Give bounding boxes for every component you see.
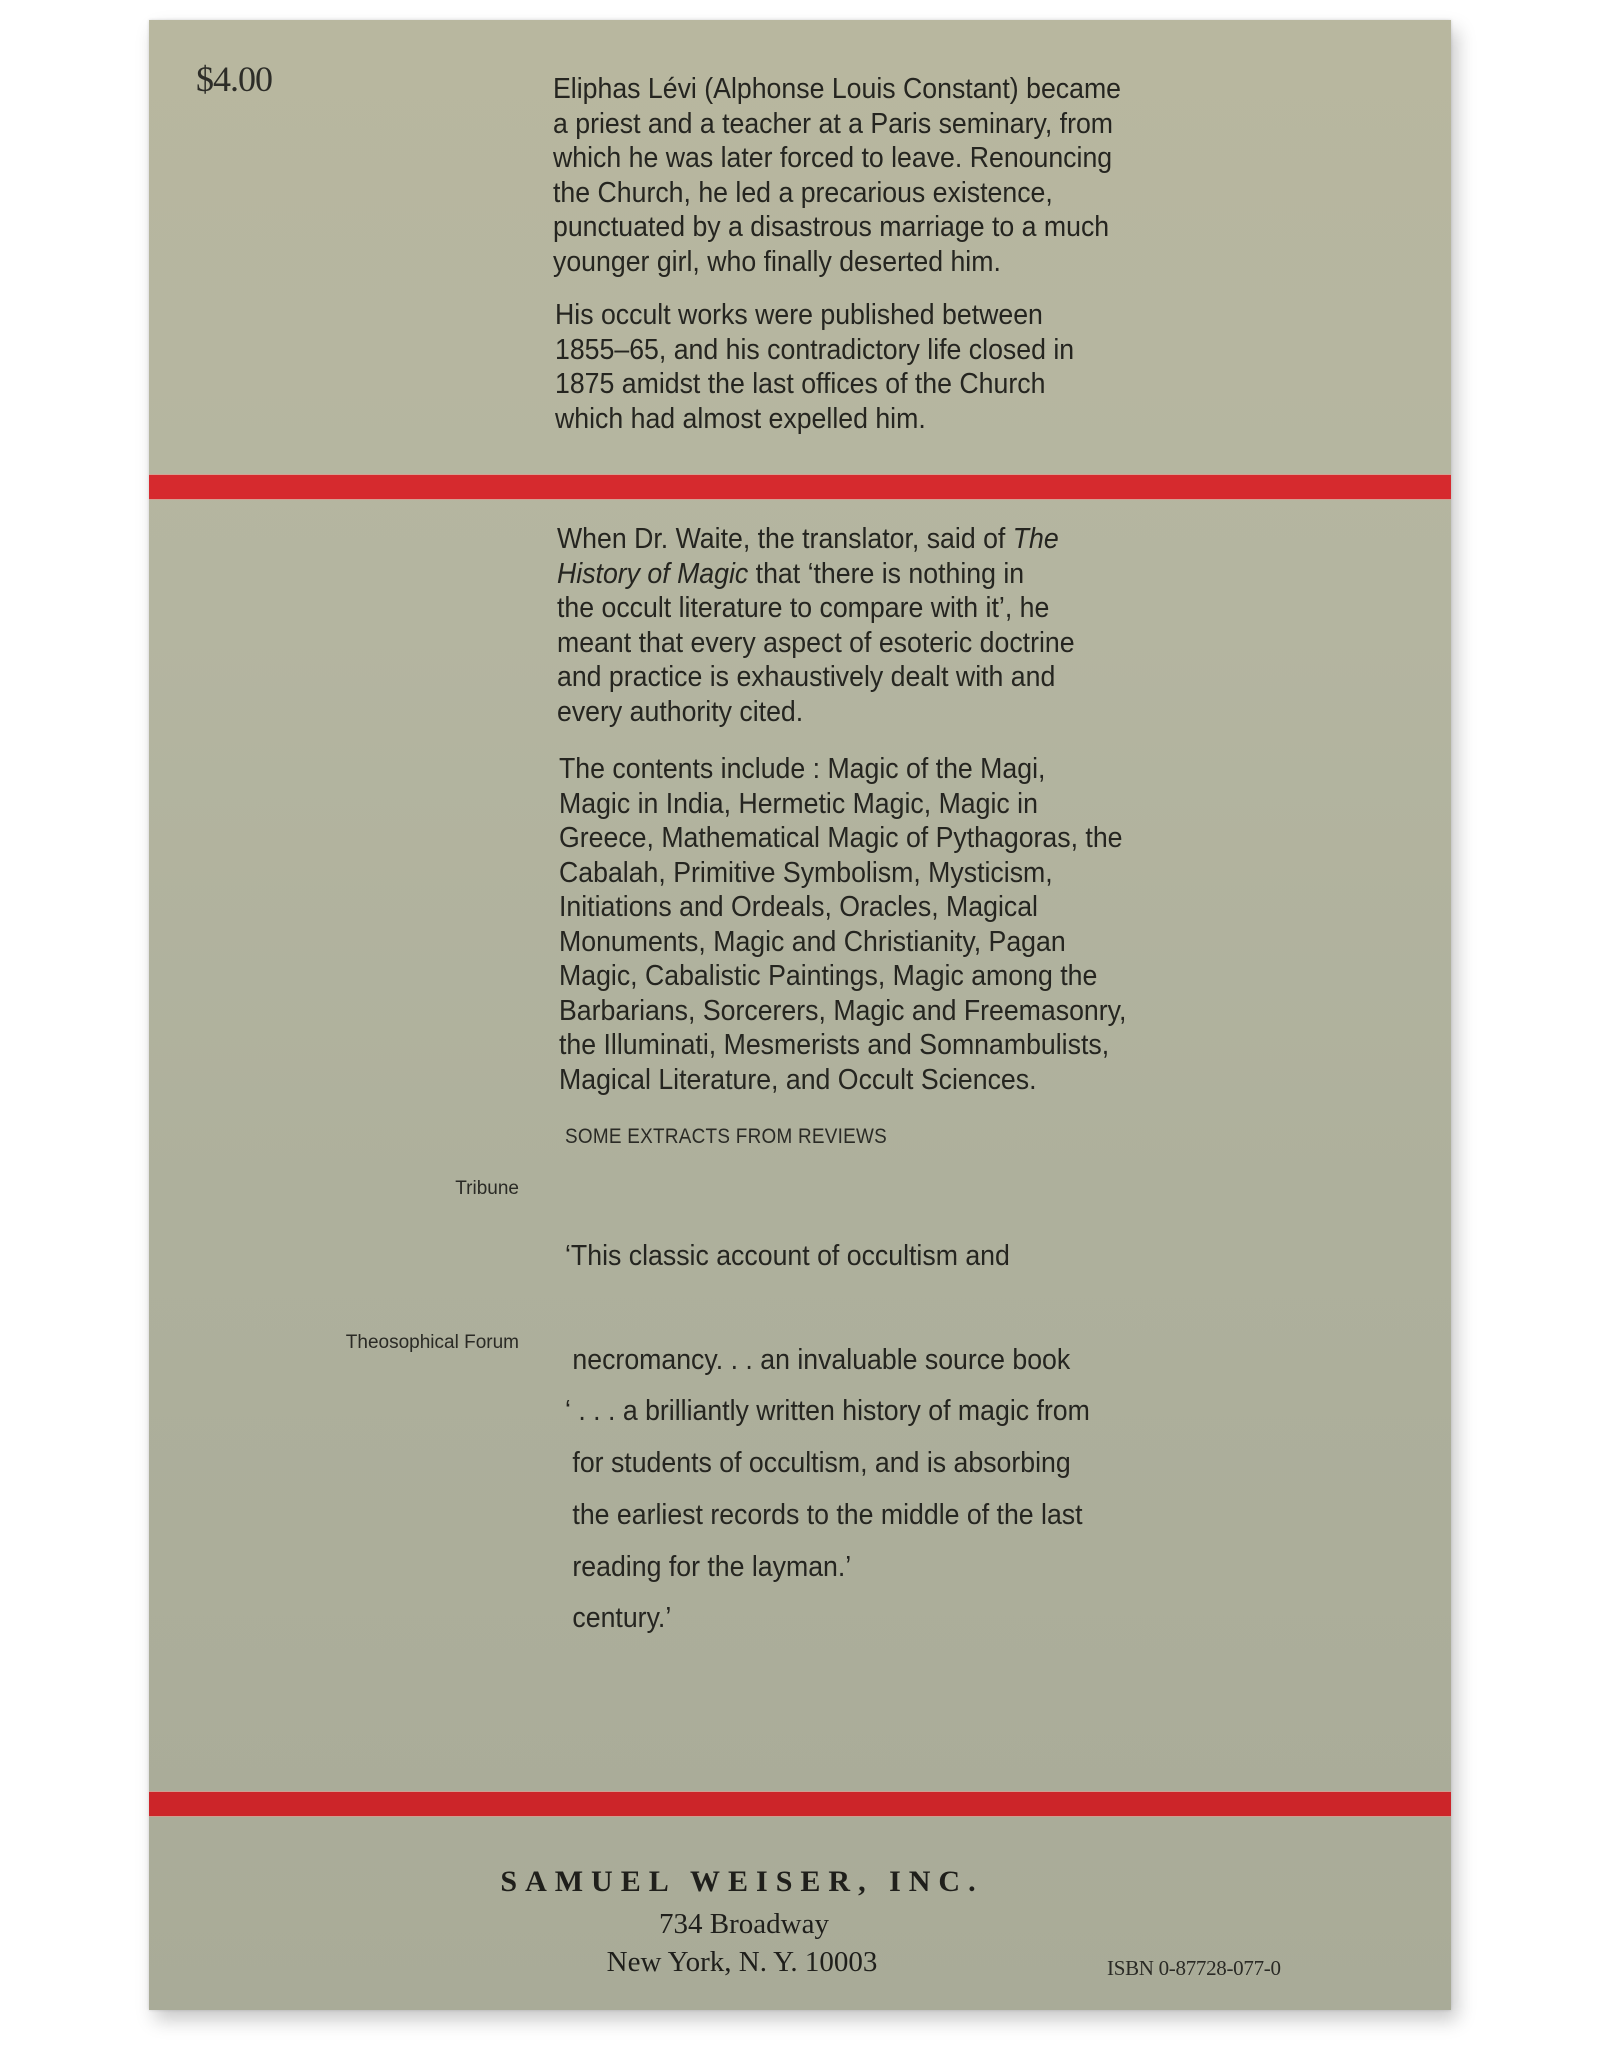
publisher-name: SAMUEL WEISER, INC. — [91, 1865, 1393, 1899]
review-quote-theosophical-forum: ‘ . . . a brilliantly written history of… — [565, 1325, 1090, 1705]
text-line: every authority cited. — [557, 695, 1075, 730]
text-line: the Church, he led a precarious existenc… — [553, 176, 1121, 211]
text-line: a priest and a teacher at a Paris semina… — [553, 107, 1121, 142]
review-source-theosophical-forum: Theosophical Forum — [346, 1332, 519, 1354]
text-line: century.’ — [565, 1601, 1090, 1636]
text-line: the Illuminati, Mesmerists and Somnambul… — [559, 1028, 1126, 1063]
contents-paragraph: The contents include : Magic of the Magi… — [559, 752, 1126, 1097]
text-line: meant that every aspect of esoteric doct… — [557, 626, 1075, 661]
text-line: Magic in India, Hermetic Magic, Magic in — [559, 787, 1126, 822]
text-line: His occult works were published between — [555, 298, 1074, 333]
book-back-cover: $4.00 Eliphas Lévi (Alphonse Louis Const… — [149, 20, 1451, 2010]
text-span: that ‘there is nothing in — [748, 558, 1024, 590]
review-source-tribune: Tribune — [455, 1178, 519, 1200]
price: $4.00 — [196, 58, 272, 100]
text-line: which had almost expelled him. — [555, 402, 1074, 437]
text-line: ‘This classic account of occultism and — [565, 1239, 1071, 1274]
text-line: Magical Literature, and Occult Sciences. — [559, 1063, 1126, 1098]
text-line: Initiations and Ordeals, Oracles, Magica… — [559, 890, 1126, 925]
book-title-italic: History of Magic — [557, 558, 748, 590]
text-line: the earliest records to the middle of th… — [565, 1498, 1090, 1533]
bio-paragraph-2: His occult works were published between … — [555, 298, 1074, 436]
text-line: The contents include : Magic of the Magi… — [559, 752, 1126, 787]
text-line: punctuated by a disastrous marriage to a… — [553, 210, 1121, 245]
text-line: younger girl, who finally deserted him. — [553, 245, 1121, 280]
text-line: 1875 amidst the last offices of the Chur… — [555, 367, 1074, 402]
isbn: ISBN 0-87728-077-0 — [1107, 1956, 1281, 1981]
bio-paragraph-1: Eliphas Lévi (Alphonse Louis Constant) b… — [553, 72, 1121, 279]
text-span: When Dr. Waite, the translator, said of — [557, 523, 1013, 555]
book-title-italic: The — [1013, 523, 1059, 555]
text-line: Monuments, Magic and Christianity, Pagan — [559, 925, 1126, 960]
description-paragraph: When Dr. Waite, the translator, said of … — [557, 522, 1075, 729]
text-line: ‘ . . . a brilliantly written history of… — [565, 1394, 1090, 1429]
text-line: 1855–65, and his contradictory life clos… — [555, 333, 1074, 368]
red-divider-band-bottom — [149, 1792, 1451, 1816]
text-line: Barbarians, Sorcerers, Magic and Freemas… — [559, 994, 1126, 1029]
publisher-address-line-1: 734 Broadway — [93, 1908, 1395, 1941]
text-line: When Dr. Waite, the translator, said of … — [557, 522, 1075, 557]
text-line: the occult literature to compare with it… — [557, 591, 1075, 626]
text-line: which he was later forced to leave. Reno… — [553, 141, 1121, 176]
reviews-heading: SOME EXTRACTS FROM REVIEWS — [565, 1125, 887, 1149]
text-line: Greece, Mathematical Magic of Pythagoras… — [559, 821, 1126, 856]
red-divider-band-top — [149, 475, 1451, 499]
text-line: and practice is exhaustively dealt with … — [557, 660, 1075, 695]
text-line: Magic, Cabalistic Paintings, Magic among… — [559, 959, 1126, 994]
text-line: Eliphas Lévi (Alphonse Louis Constant) b… — [553, 72, 1121, 107]
text-line: History of Magic that ‘there is nothing … — [557, 557, 1075, 592]
text-line: Cabalah, Primitive Symbolism, Mysticism, — [559, 856, 1126, 891]
